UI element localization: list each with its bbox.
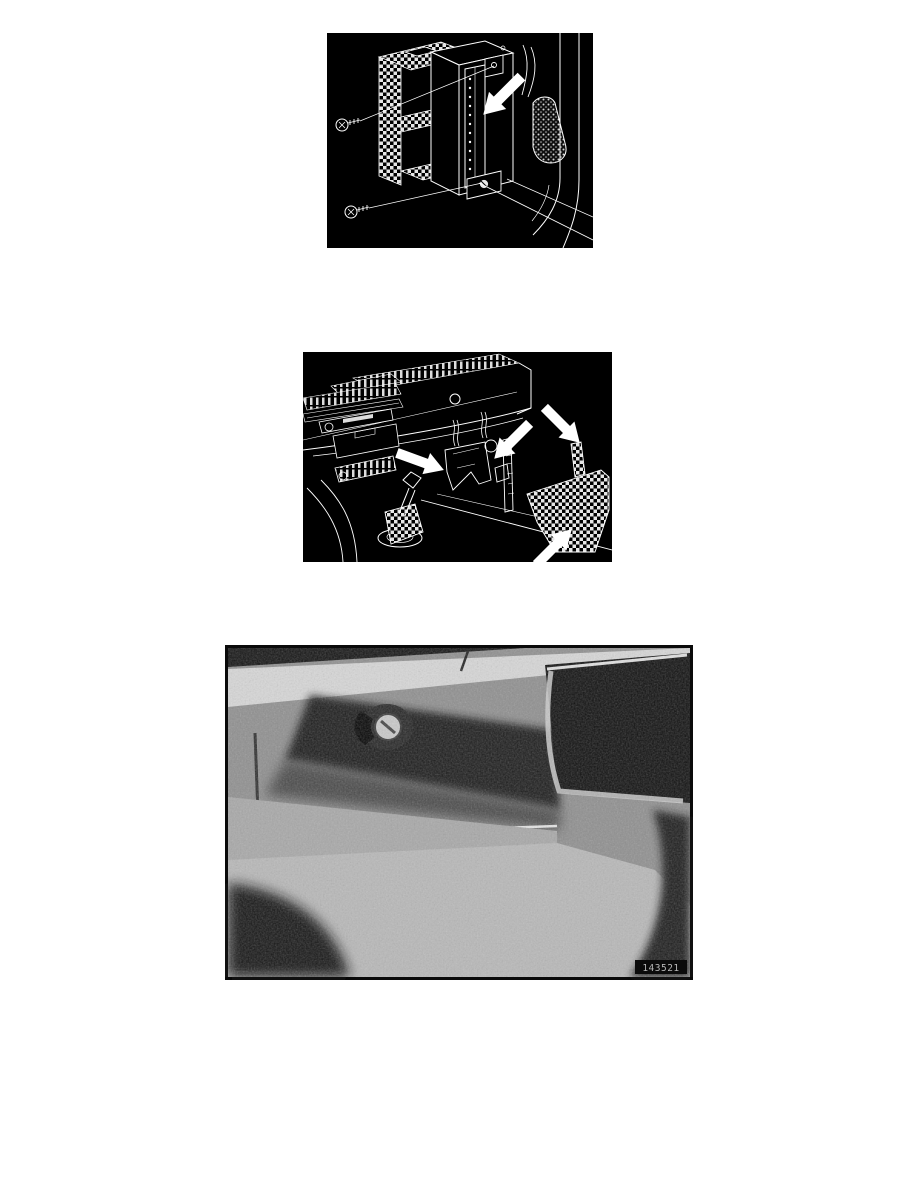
photo-id-label: 143521: [642, 963, 679, 974]
dashboard-drawing-canvas: [303, 352, 612, 562]
panel-photo-canvas: 143521: [225, 645, 693, 980]
manual-page: 143521: [0, 0, 918, 1188]
halftone-grain: [228, 648, 690, 977]
control-unit-drawing-canvas: [327, 33, 593, 248]
figure-dashboard-drawing: [303, 352, 612, 562]
figure-panel-photo: 143521: [225, 645, 693, 980]
photo-id-chip: 143521: [635, 960, 687, 974]
figure-control-unit-drawing: [327, 33, 593, 248]
